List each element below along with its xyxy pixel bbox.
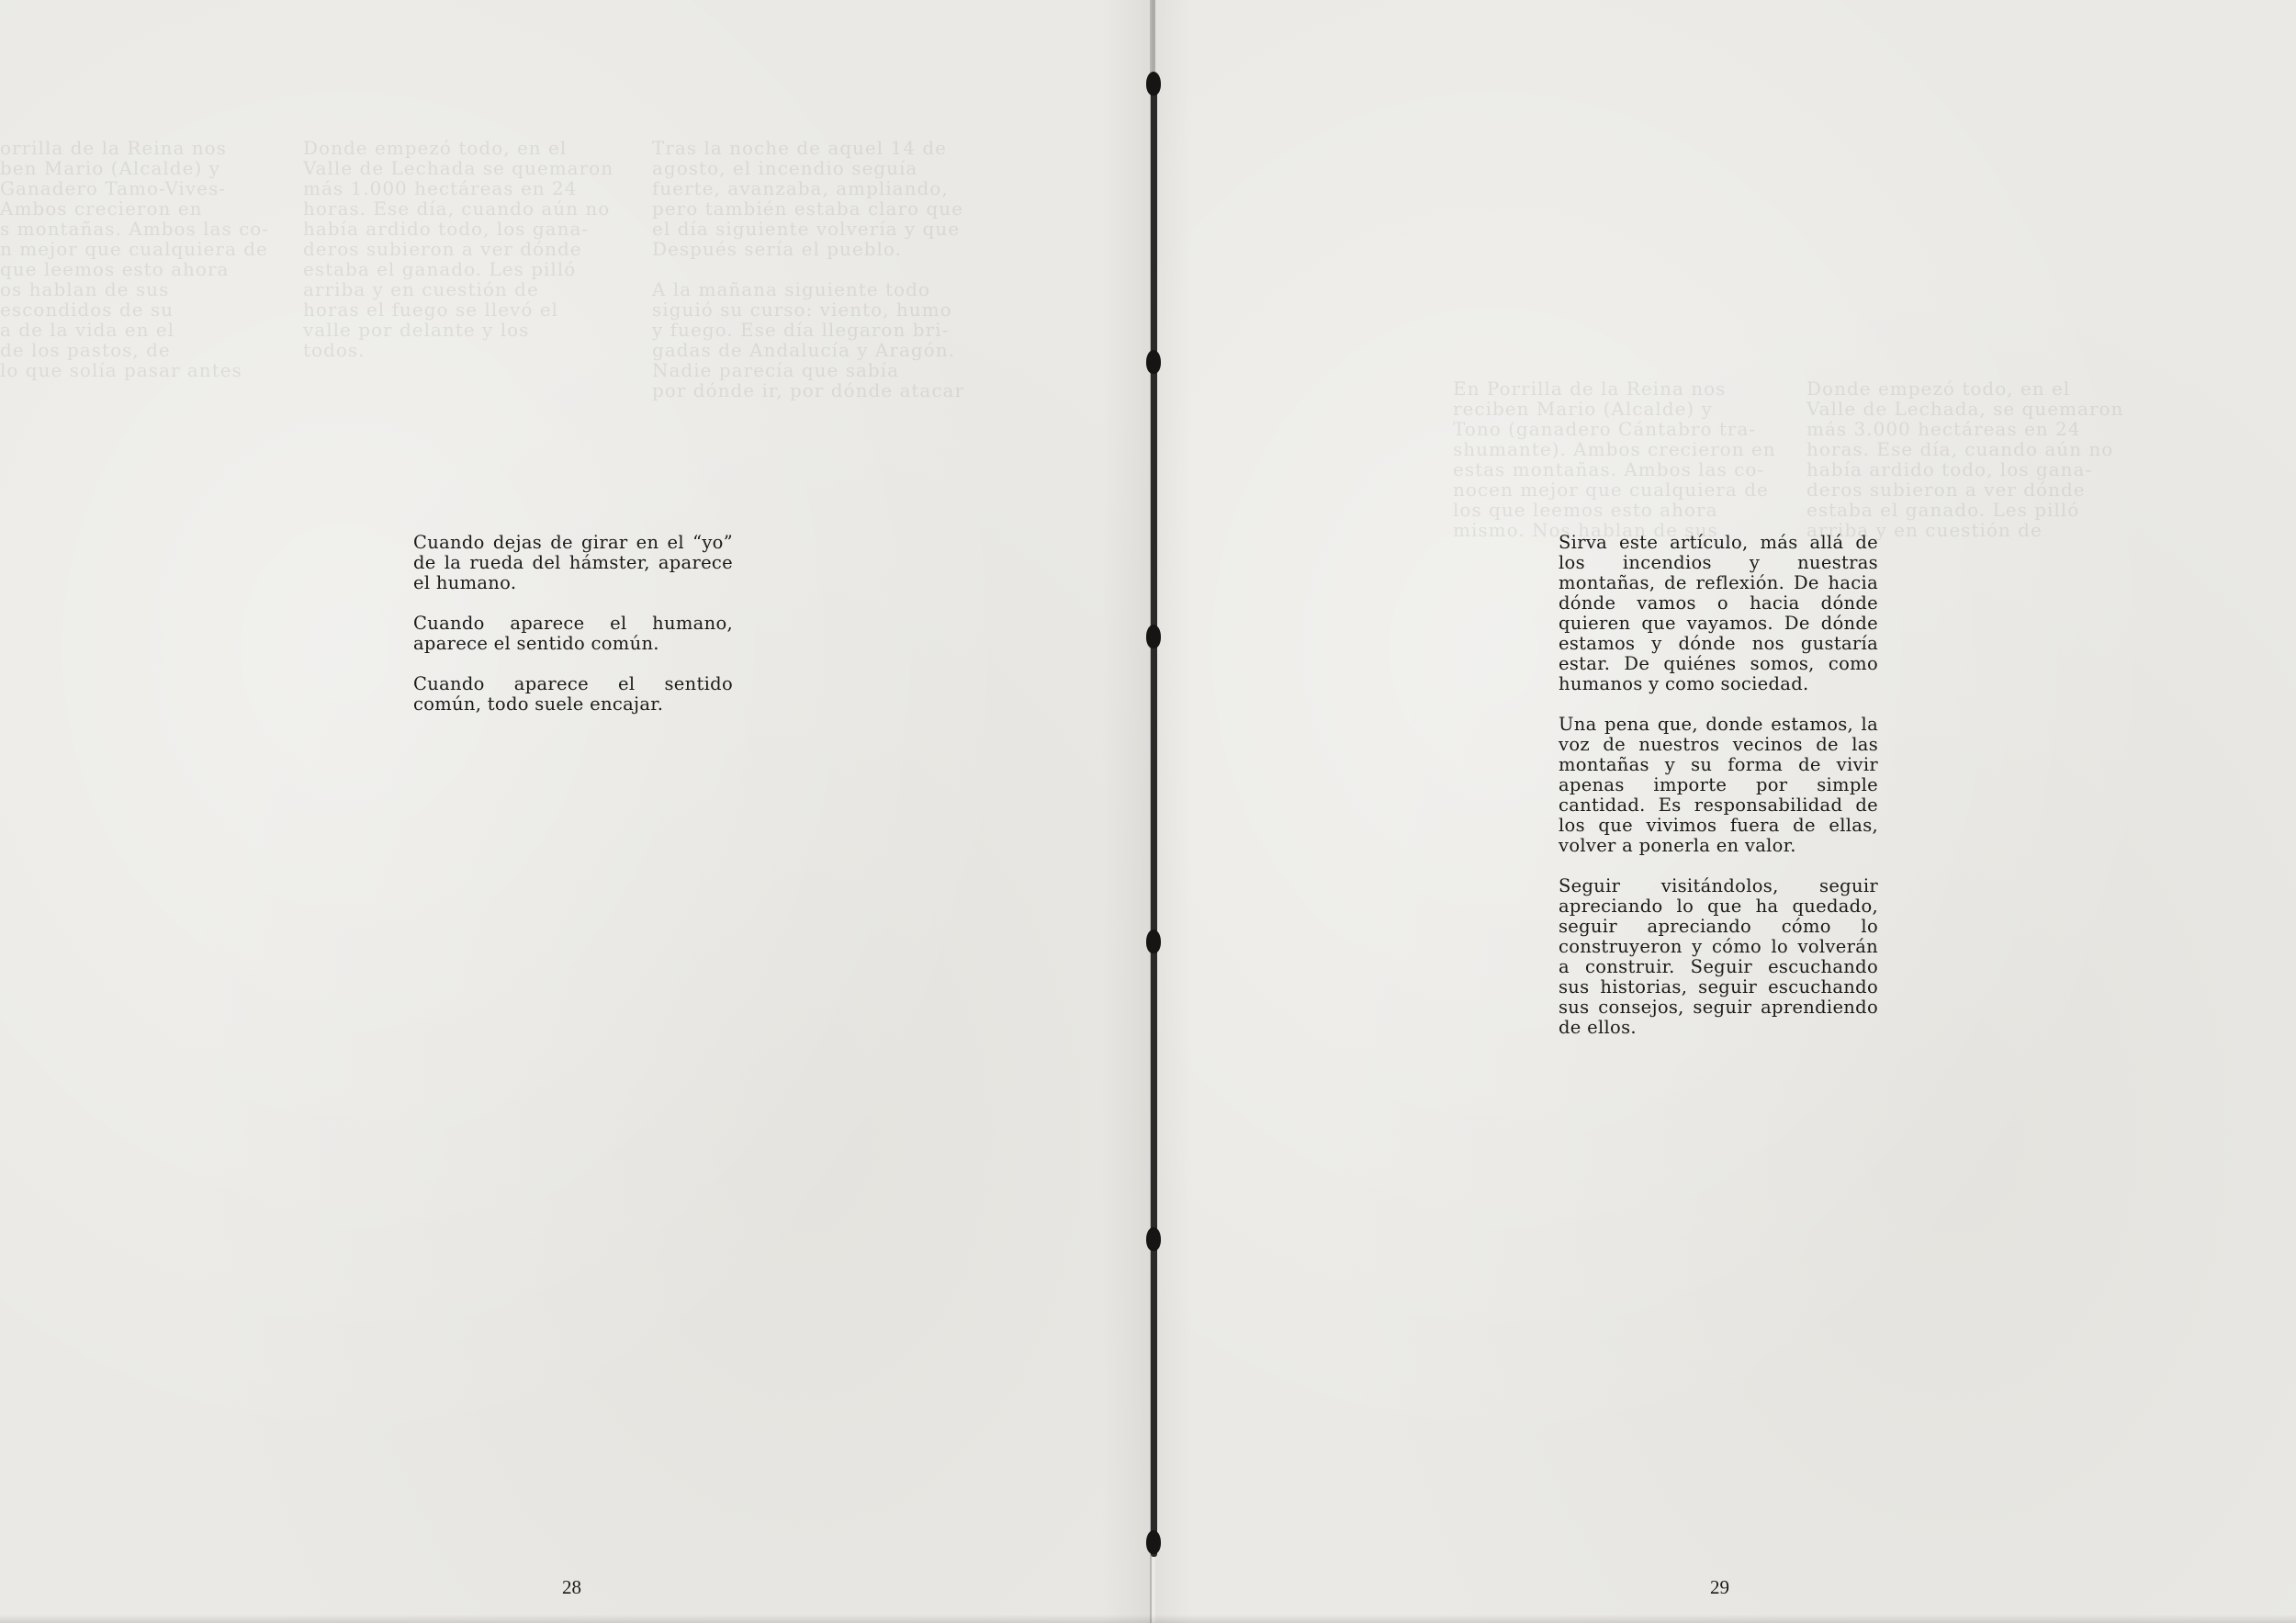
paragraph: Cuando aparece el humano, aparece el sen…	[413, 614, 733, 654]
binding-knot-icon	[1146, 1530, 1161, 1554]
binding-knot-icon	[1146, 72, 1161, 96]
show-through-text: orrilla de la Reina nos ben Mario (Alcal…	[0, 138, 269, 380]
paragraph: Seguir visitándolos, seguir apreciando l…	[1559, 876, 1878, 1038]
binding-knot-icon	[1146, 350, 1161, 374]
binding-knot-icon	[1146, 1227, 1161, 1251]
paragraph: Sirva este artículo, más allá de los inc…	[1559, 533, 1878, 694]
left-page-text: Cuando dejas de girar en el “yo” de la r…	[413, 533, 733, 715]
right-page: En Porrilla de la Reina nos reciben Mari…	[1150, 0, 2296, 1623]
gutter-shadow	[1155, 0, 1192, 1623]
gutter-shadow	[1102, 0, 1150, 1623]
binding-knot-icon	[1146, 930, 1161, 953]
right-page-text: Sirva este artículo, más allá de los inc…	[1559, 533, 1878, 1038]
paragraph: Una pena que, donde estamos, la voz de n…	[1559, 715, 1878, 856]
page-number-right: 29	[1710, 1576, 1729, 1599]
page-number-left: 28	[562, 1576, 581, 1599]
binding-thread	[1151, 73, 1157, 1557]
binding-thread-end	[1152, 0, 1155, 73]
paragraph: Cuando aparece el sentido común, todo su…	[413, 674, 733, 715]
paragraph: Cuando dejas de girar en el “yo” de la r…	[413, 533, 733, 593]
show-through-text: Donde empezó todo, en el Valle de Lechad…	[303, 138, 613, 360]
show-through-text: Tras la noche de aquel 14 de agosto, el …	[652, 138, 964, 400]
binding-knot-icon	[1146, 625, 1161, 648]
paper-bottom-edge	[0, 1615, 2296, 1623]
show-through-text: En Porrilla de la Reina nos reciben Mari…	[1453, 378, 1776, 540]
show-through-text: Donde empezó todo, en el Valle de Lechad…	[1806, 378, 2123, 540]
left-page: orrilla de la Reina nos ben Mario (Alcal…	[0, 0, 1150, 1623]
